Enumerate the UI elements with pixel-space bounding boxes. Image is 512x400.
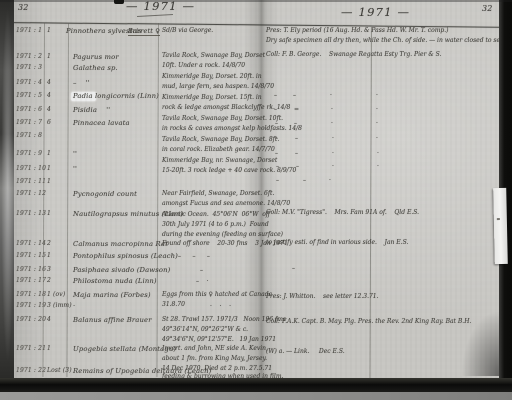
ditto-mark: – — [293, 93, 296, 99]
right-page-number: 32 — [482, 5, 492, 13]
locality-note: 49°36'14"N, 09°26'2"W & c. — [162, 327, 248, 333]
scanned-ledger-screenshot: 32 — 1971 — — 1971 — 32 1971 : 11Pinnoth… — [0, 0, 512, 400]
species-name: Balanus affine Brauer — [73, 317, 152, 324]
species-name: Pagurus mor — [73, 54, 119, 61]
collector-note: Pres: J. Whitton. see letter 12.3.71. — [266, 294, 379, 300]
specimen-count: 3 — [47, 267, 51, 273]
ditto-mark: – — [295, 151, 298, 157]
register-number: 1971 : 19 — [16, 303, 46, 309]
register-number: 1971 : 9 — [16, 151, 42, 157]
register-number: 1971 : 21 — [16, 346, 46, 352]
register-number: 1971 : 8 — [16, 133, 42, 139]
page-marker-tab — [493, 188, 508, 264]
specimen-count: 4 — [47, 80, 51, 86]
register-number: 1971 : 2 — [16, 54, 42, 60]
ditto-mark: – — [303, 178, 306, 184]
right-page-year-heading: — 1971 — — [341, 7, 410, 19]
ditto-mark: · — [376, 121, 378, 127]
ditto-mark: – — [296, 164, 299, 170]
register-number: 1971 : 11 — [16, 179, 46, 185]
page-corner-shadow — [462, 312, 500, 376]
ditto-mark: · — [376, 136, 378, 142]
register-number: 1971 : 16 — [16, 267, 46, 273]
specimen-count: 4 — [47, 107, 51, 113]
specimen-count: 2 — [47, 241, 51, 247]
collector-note: Coll: F.A.K. Capt. B. May. Plg. Pres. th… — [266, 319, 471, 325]
register-number: 1971 : 1 — [16, 28, 42, 34]
register-number: 1971 : 13 — [16, 211, 46, 217]
ditto-mark: · — [376, 93, 378, 99]
register-number: 1971 : 14 — [16, 241, 46, 247]
locality-note: · · · — [210, 304, 231, 310]
determiner-note: Barrett ♀ — [128, 28, 160, 36]
species-name: Philostoma nuda (Linn) — [73, 278, 157, 285]
species-name: Calmanus macropinna Rat — [73, 241, 168, 248]
specimen-count: 6 — [47, 120, 51, 126]
specimen-count: 1 — [47, 166, 51, 172]
collector-note: Coll: M.V. "Tigress". Mrs. Fam 91A of. Q… — [266, 210, 419, 216]
species-name: Pisidia '' — [73, 107, 110, 114]
ditto-mark: · — [330, 93, 332, 99]
left-page-year-heading: — 1971 — — [126, 1, 195, 13]
ditto-mark: · — [332, 151, 334, 157]
specimen-count: 1 — [47, 28, 51, 34]
collector-note: Coll: F. B. George. Swanage Regatta Esty… — [266, 52, 441, 58]
ditto-mark: · — [376, 107, 378, 113]
register-number: 1971 : 5 — [16, 93, 42, 99]
book-bottom-edge — [0, 378, 512, 393]
collector-note: to justify esti. of find in various side… — [266, 240, 408, 246]
collector-note: – — [292, 266, 295, 272]
specimen-count: 1 — [47, 211, 51, 217]
species-name: Galathea sp. — [73, 65, 118, 72]
specimen-count: 4 — [47, 93, 51, 99]
species-name: Maja marina (Forbes) — [73, 292, 151, 299]
species-name: Pinnacea lavata — [73, 120, 130, 127]
specimen-count: Lost (3) — [47, 368, 72, 374]
species-name: '' — [73, 166, 77, 173]
specimen-count: 3 (imm) — [47, 303, 72, 309]
ditto-mark: · — [329, 178, 331, 184]
tab-pencil-mark — [497, 218, 500, 220]
locality-note: Sd/B via George. — [162, 28, 213, 34]
locality-note: 10ft. Under a rock. 14/8/70 — [162, 63, 245, 69]
specimen-count: 1 — [47, 54, 51, 60]
species-name: Pycnogonid count — [73, 191, 137, 198]
scanner-bed — [0, 392, 512, 400]
species-name: Pasiphaea sivado (Dawson) — [73, 267, 171, 274]
species-name: Padia longicornis (Linn) — [73, 93, 159, 100]
specimen-count: 1 — [47, 346, 51, 352]
book-gutter-shadow — [244, 0, 278, 378]
specimen-count: 1 — [47, 253, 51, 259]
specimen-count: 1 — [47, 179, 51, 185]
species-name: – '' — [73, 80, 90, 87]
ditto-mark: – — [294, 121, 297, 127]
ditto-mark: = — [294, 107, 299, 113]
species-name: '' — [73, 151, 77, 158]
species-name: Upogebia stellata (Montagu) — [73, 346, 176, 353]
locality-note: – – – — [178, 254, 210, 260]
year-underline-flourish — [137, 14, 173, 17]
register-number: 1971 : 10 — [16, 166, 46, 172]
ditto-mark: · — [331, 121, 333, 127]
scan-top-notch — [114, 0, 124, 4]
register-number: 1971 : 4 — [16, 80, 42, 86]
specimen-count: 1 (ov) — [47, 292, 65, 298]
ditto-mark: · — [377, 164, 379, 170]
column-rule-species — [66, 23, 69, 377]
ditto-mark: · — [332, 164, 334, 170]
register-number: 1971 : 3 — [16, 65, 42, 71]
register-number: 1971 : 22 — [16, 368, 46, 374]
locality-note: – · — [196, 279, 209, 285]
register-number: 1971 : 6 — [16, 107, 42, 113]
register-number: 1971 : 15 — [16, 253, 46, 259]
collector-note: Pres: T. Ely period (16 Aug. Hd. & Pass … — [266, 28, 449, 34]
ditto-mark: · — [332, 136, 334, 142]
ditto-mark: · — [377, 151, 379, 157]
locality-note: 31.8.70 — [162, 302, 185, 308]
register-number: 1971 : 18 — [16, 292, 46, 298]
collector-note: Dry safe specimen all dry then, while th… — [266, 38, 506, 44]
register-number: 1971 : 12 — [16, 191, 46, 197]
left-page-number: 32 — [18, 4, 28, 12]
ditto-mark: · — [331, 107, 333, 113]
species-name: · — [73, 303, 75, 310]
register-number: 1971 : 20 — [16, 317, 46, 323]
specimen-count: 2 — [47, 278, 51, 284]
column-rule-locality — [156, 23, 159, 377]
locality-note: in rocks & caves amongst kelp holdfasts.… — [162, 126, 302, 132]
locality-note: – — [200, 268, 203, 274]
specimen-count: 1 — [47, 151, 51, 157]
column-rule-right-page — [369, 27, 372, 379]
species-name: Pontophilus spinosus (Leach) — [73, 253, 178, 260]
ditto-mark: – — [295, 136, 298, 142]
specimen-count: 4 — [47, 317, 51, 323]
register-number: 1971 : 17 — [16, 278, 46, 284]
column-rule-quantity — [42, 23, 45, 377]
scan-top-edge — [0, 0, 512, 2]
register-number: 1971 : 7 — [16, 120, 42, 126]
page-edges-left — [0, 0, 14, 393]
